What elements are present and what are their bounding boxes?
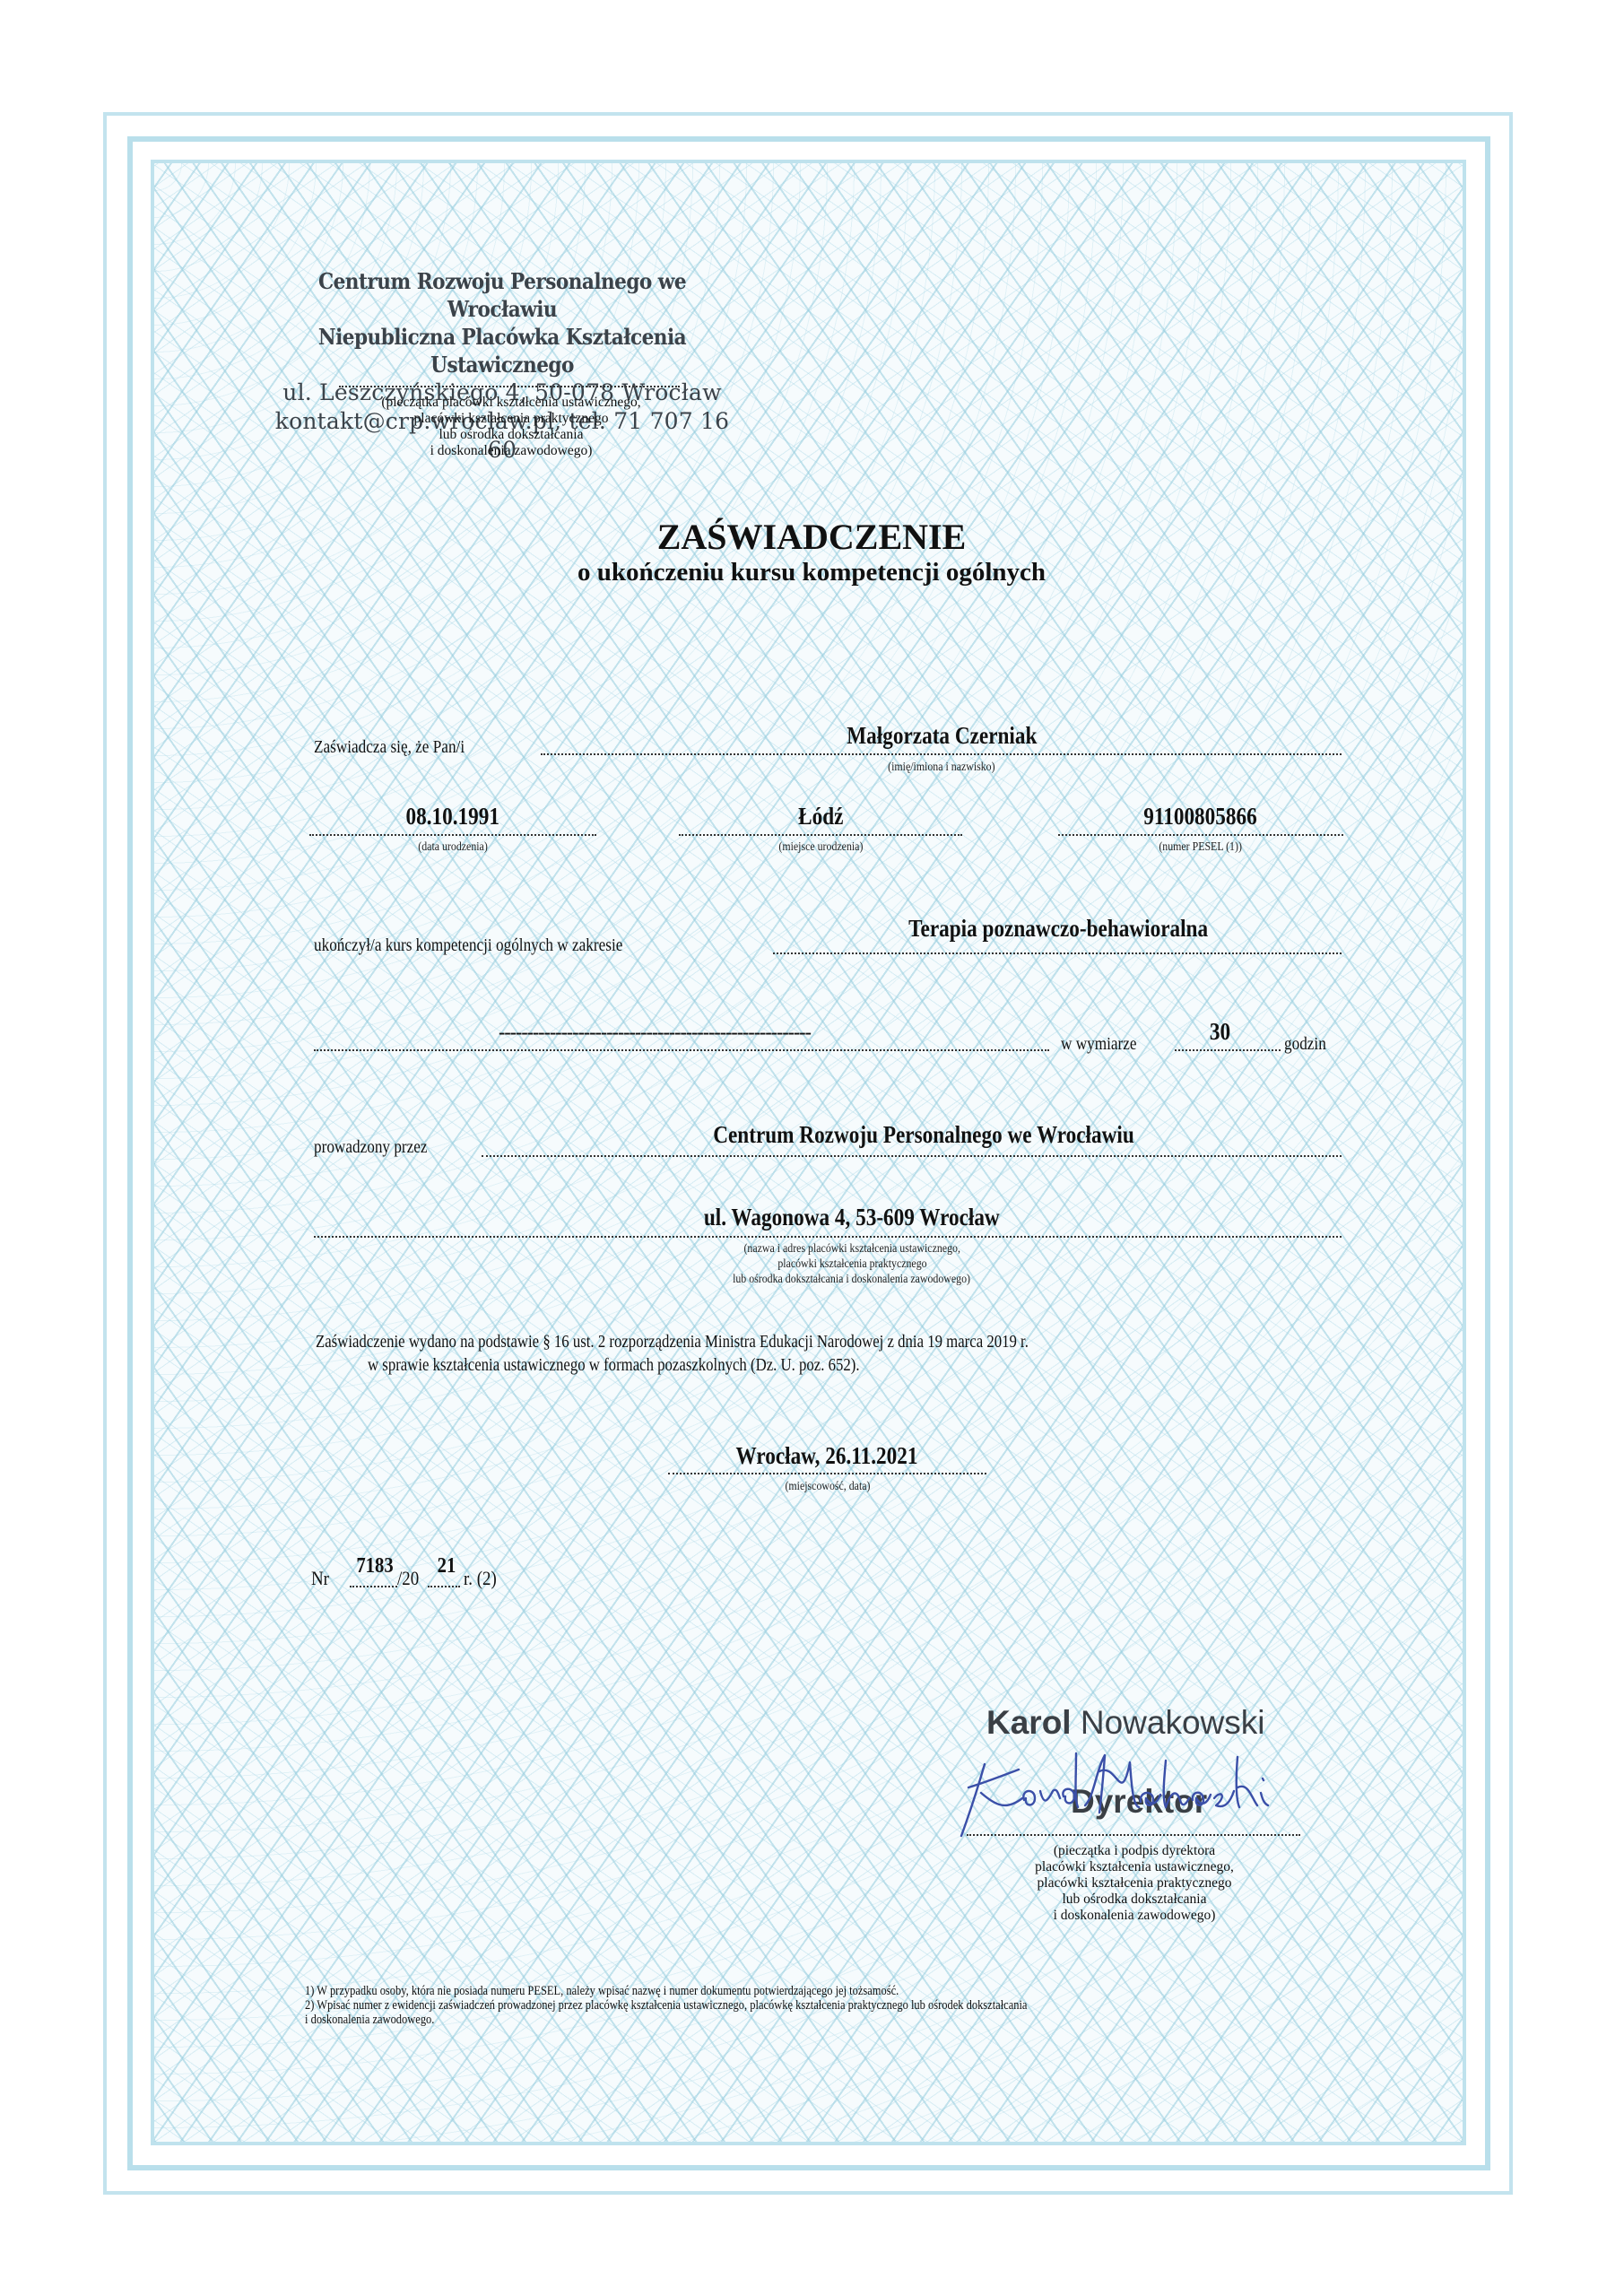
- cert-year-prefix: /20: [397, 1567, 422, 1590]
- director-caption-line: lub ośrodka dokształcania: [982, 1892, 1287, 1908]
- birth-date-caption: (data urodzenia): [309, 839, 596, 854]
- provider-name: Centrum Rozwoju Personalnego we Wrocławi…: [538, 1121, 1309, 1149]
- pesel-number: 91100805866: [1058, 803, 1343, 831]
- provider-address: ul. Wagonowa 4, 53-609 Wrocław: [538, 1204, 1166, 1231]
- course-topic: Terapia poznawczo-behawioralna: [789, 915, 1327, 943]
- hours-dotted-line: [1175, 1049, 1281, 1051]
- director-caption-line: (pieczątka i podpis dyrektora: [982, 1843, 1287, 1859]
- provider-caption: (nazwa i adres placówki kształcenia usta…: [583, 1240, 1121, 1286]
- cert-number-prefix: Nr: [311, 1567, 332, 1590]
- director-caption: (pieczątka i podpis dyrektora placówki k…: [982, 1843, 1287, 1924]
- stamp-dotted-line: [339, 386, 680, 387]
- footnote-1: 1) W przypadku osoby, która nie posiada …: [305, 1984, 899, 1998]
- cert-number-dotted: [350, 1586, 397, 1587]
- course-label: ukończył/a kurs kompetencji ogólnych w z…: [314, 935, 673, 956]
- pesel-caption: (numer PESEL (1)): [1058, 839, 1343, 854]
- address-dotted-line: [314, 1236, 1342, 1238]
- course-topic-line2: ----------------------------------------…: [404, 1021, 906, 1044]
- pesel-dotted-line: [1058, 834, 1343, 836]
- hours-label: w wymiarze: [1061, 1034, 1149, 1055]
- stamp-line-type: Niepubliczna Placówka Kształcenia Ustawi…: [284, 323, 720, 378]
- birth-date: 08.10.1991: [309, 803, 596, 831]
- stamp-line-name: Centrum Rozwoju Personalnego we Wrocławi…: [284, 267, 720, 323]
- footnote-2-cont: i doskonalenia zawodowego.: [305, 2013, 434, 2027]
- stamp-caption-line: placówki kształcenia praktycznego: [296, 411, 726, 427]
- provider-label: prowadzony przez: [314, 1137, 446, 1158]
- cert-year: 21: [429, 1554, 465, 1578]
- birth-date-dotted-line: [309, 834, 596, 836]
- director-caption-line: placówki kształcenia ustawicznego,: [982, 1859, 1287, 1875]
- stamp-caption-line: lub ośrodka dokształcania: [296, 427, 726, 443]
- legal-line-2: w sprawie kształcenia ustawicznego w for…: [368, 1354, 860, 1378]
- provider-dotted-line: [482, 1155, 1342, 1157]
- birth-place: Łódź: [677, 803, 964, 831]
- issue-caption: (miejscowość, data): [668, 1478, 986, 1493]
- director-caption-line: placówki kształcenia praktycznego: [982, 1875, 1287, 1892]
- name-dotted-line: [541, 753, 1342, 755]
- legal-basis: Zaświadczenie wydano na podstawie § 16 u…: [316, 1331, 1365, 1378]
- handwritten-signature: [942, 1735, 1282, 1843]
- document-title: ZAŚWIADCZENIE: [359, 516, 1264, 558]
- footnote-2: 2) Wpisać numer z ewidencji zaświadczeń …: [305, 1998, 1027, 2013]
- footnotes: 1) W przypadku osoby, która nie posiada …: [305, 1984, 1381, 2027]
- signature-dotted-line: [967, 1834, 1300, 1836]
- person-name: Małgorzata Czerniak: [628, 722, 1255, 750]
- birth-place-dotted-line: [679, 834, 962, 836]
- person-label: Zaświadcza się, że Pan/i: [314, 737, 489, 758]
- document-subtitle: o ukończeniu kursu kompetencji ogólnych: [359, 558, 1264, 587]
- stamp-caption-line: (pieczątka placówki kształcenia ustawicz…: [296, 395, 726, 411]
- course-dotted-line: [773, 952, 1342, 954]
- cert-year-dotted: [428, 1586, 460, 1587]
- hours-unit: godzin: [1284, 1034, 1333, 1055]
- course-hours: 30: [1184, 1018, 1255, 1046]
- issue-dotted-line: [668, 1473, 986, 1474]
- director-caption-line: i doskonalenia zawodowego): [982, 1908, 1287, 1924]
- course-line2-dotted: [314, 1049, 1049, 1051]
- legal-line-1: Zaświadczenie wydano na podstawie § 16 u…: [316, 1331, 1029, 1354]
- stamp-caption: (pieczątka placówki kształcenia ustawicz…: [296, 395, 726, 459]
- cert-number-suffix: r. (2): [464, 1567, 502, 1590]
- issue-place-date: Wrocław, 26.11.2021: [668, 1442, 986, 1470]
- stamp-caption-line: i doskonalenia zawodowego): [296, 443, 726, 459]
- name-caption: (imię/imiona i nazwisko): [717, 759, 1166, 774]
- birth-place-caption: (miejsce urodzenia): [677, 839, 964, 854]
